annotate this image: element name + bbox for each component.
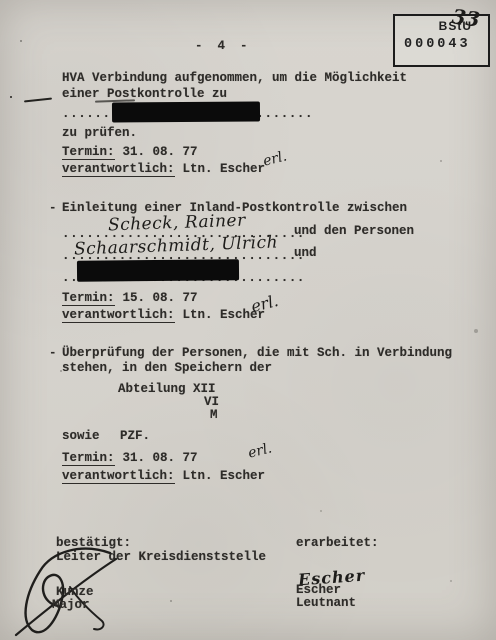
s3-termin-line: Termin:31. 08. 77 bbox=[62, 452, 198, 466]
s1-line3: zu prüfen. bbox=[62, 127, 137, 141]
s2-verantwortlich-line: verantwortlich:Ltn. Escher bbox=[62, 309, 265, 323]
stamp-handwritten-number: 33 bbox=[450, 4, 481, 32]
footer-erarbeitet-label: erarbeitet: bbox=[296, 537, 379, 551]
s2-after-name-1: und den Personen bbox=[294, 225, 414, 239]
s2-termin-label: Termin: bbox=[62, 291, 115, 306]
s1-verantwortlich-label: verantwortlich: bbox=[62, 162, 175, 177]
s1-verantwortlich-value: Ltn. Escher bbox=[175, 162, 266, 176]
page-number: - 4 - bbox=[195, 40, 248, 54]
s3-verantwortlich-label: verantwortlich: bbox=[62, 469, 175, 484]
s1-termin-label: Termin: bbox=[62, 145, 115, 160]
s1-line1: HVA Verbindung aufgenommen, um die Mögli… bbox=[62, 72, 407, 86]
scanned-document-page: BStU 000043 33 - 4 - HVA Verbindung aufg… bbox=[0, 0, 496, 640]
stamp-serial-number: 000043 bbox=[404, 37, 471, 52]
s3-termin-label: Termin: bbox=[62, 451, 115, 466]
s2-termin-value: 15. 08. 77 bbox=[115, 291, 198, 305]
s3-dept-xii: Abteilung XII bbox=[118, 383, 216, 397]
margin-dot bbox=[10, 96, 12, 98]
s2-dash: - bbox=[49, 202, 57, 216]
redaction-bar-2 bbox=[77, 259, 239, 281]
margin-dash-mark bbox=[24, 98, 52, 103]
s3-sowie: sowie bbox=[62, 430, 100, 444]
s2-verantwortlich-label: verantwortlich: bbox=[62, 308, 175, 323]
s3-erledigt-mark: erl. bbox=[246, 440, 273, 461]
s2-after-name-2: und bbox=[294, 247, 317, 261]
s3-verantwortlich-value: Ltn. Escher bbox=[175, 469, 266, 483]
s3-dash: - bbox=[49, 347, 57, 361]
s3-pzf: PZF. bbox=[120, 430, 150, 444]
s1-erledigt-mark: erl. bbox=[261, 148, 288, 169]
redaction-bar-1 bbox=[112, 101, 260, 122]
s3-dept-m: M bbox=[210, 409, 218, 423]
s3-termin-value: 31. 08. 77 bbox=[115, 451, 198, 465]
s3-verantwortlich-line: verantwortlich:Ltn. Escher bbox=[62, 470, 265, 484]
s1-termin-line: Termin:31. 08. 77 bbox=[62, 146, 198, 160]
footer-left-rank: Major bbox=[52, 599, 90, 613]
s1-verantwortlich-line: verantwortlich:Ltn. Escher bbox=[62, 163, 265, 177]
s3-line1: Überprüfung der Personen, die mit Sch. i… bbox=[62, 347, 452, 361]
s3-line2: stehen, in den Speichern der bbox=[62, 362, 272, 376]
scan-specks bbox=[20, 40, 22, 42]
s1-termin-value: 31. 08. 77 bbox=[115, 145, 198, 159]
footer-right-rank: Leutnant bbox=[296, 597, 356, 611]
s2-termin-line: Termin:15. 08. 77 bbox=[62, 292, 198, 306]
s1-line2: einer Postkontrolle zu bbox=[62, 88, 227, 102]
s2-erledigt-mark: erl. bbox=[249, 291, 280, 316]
